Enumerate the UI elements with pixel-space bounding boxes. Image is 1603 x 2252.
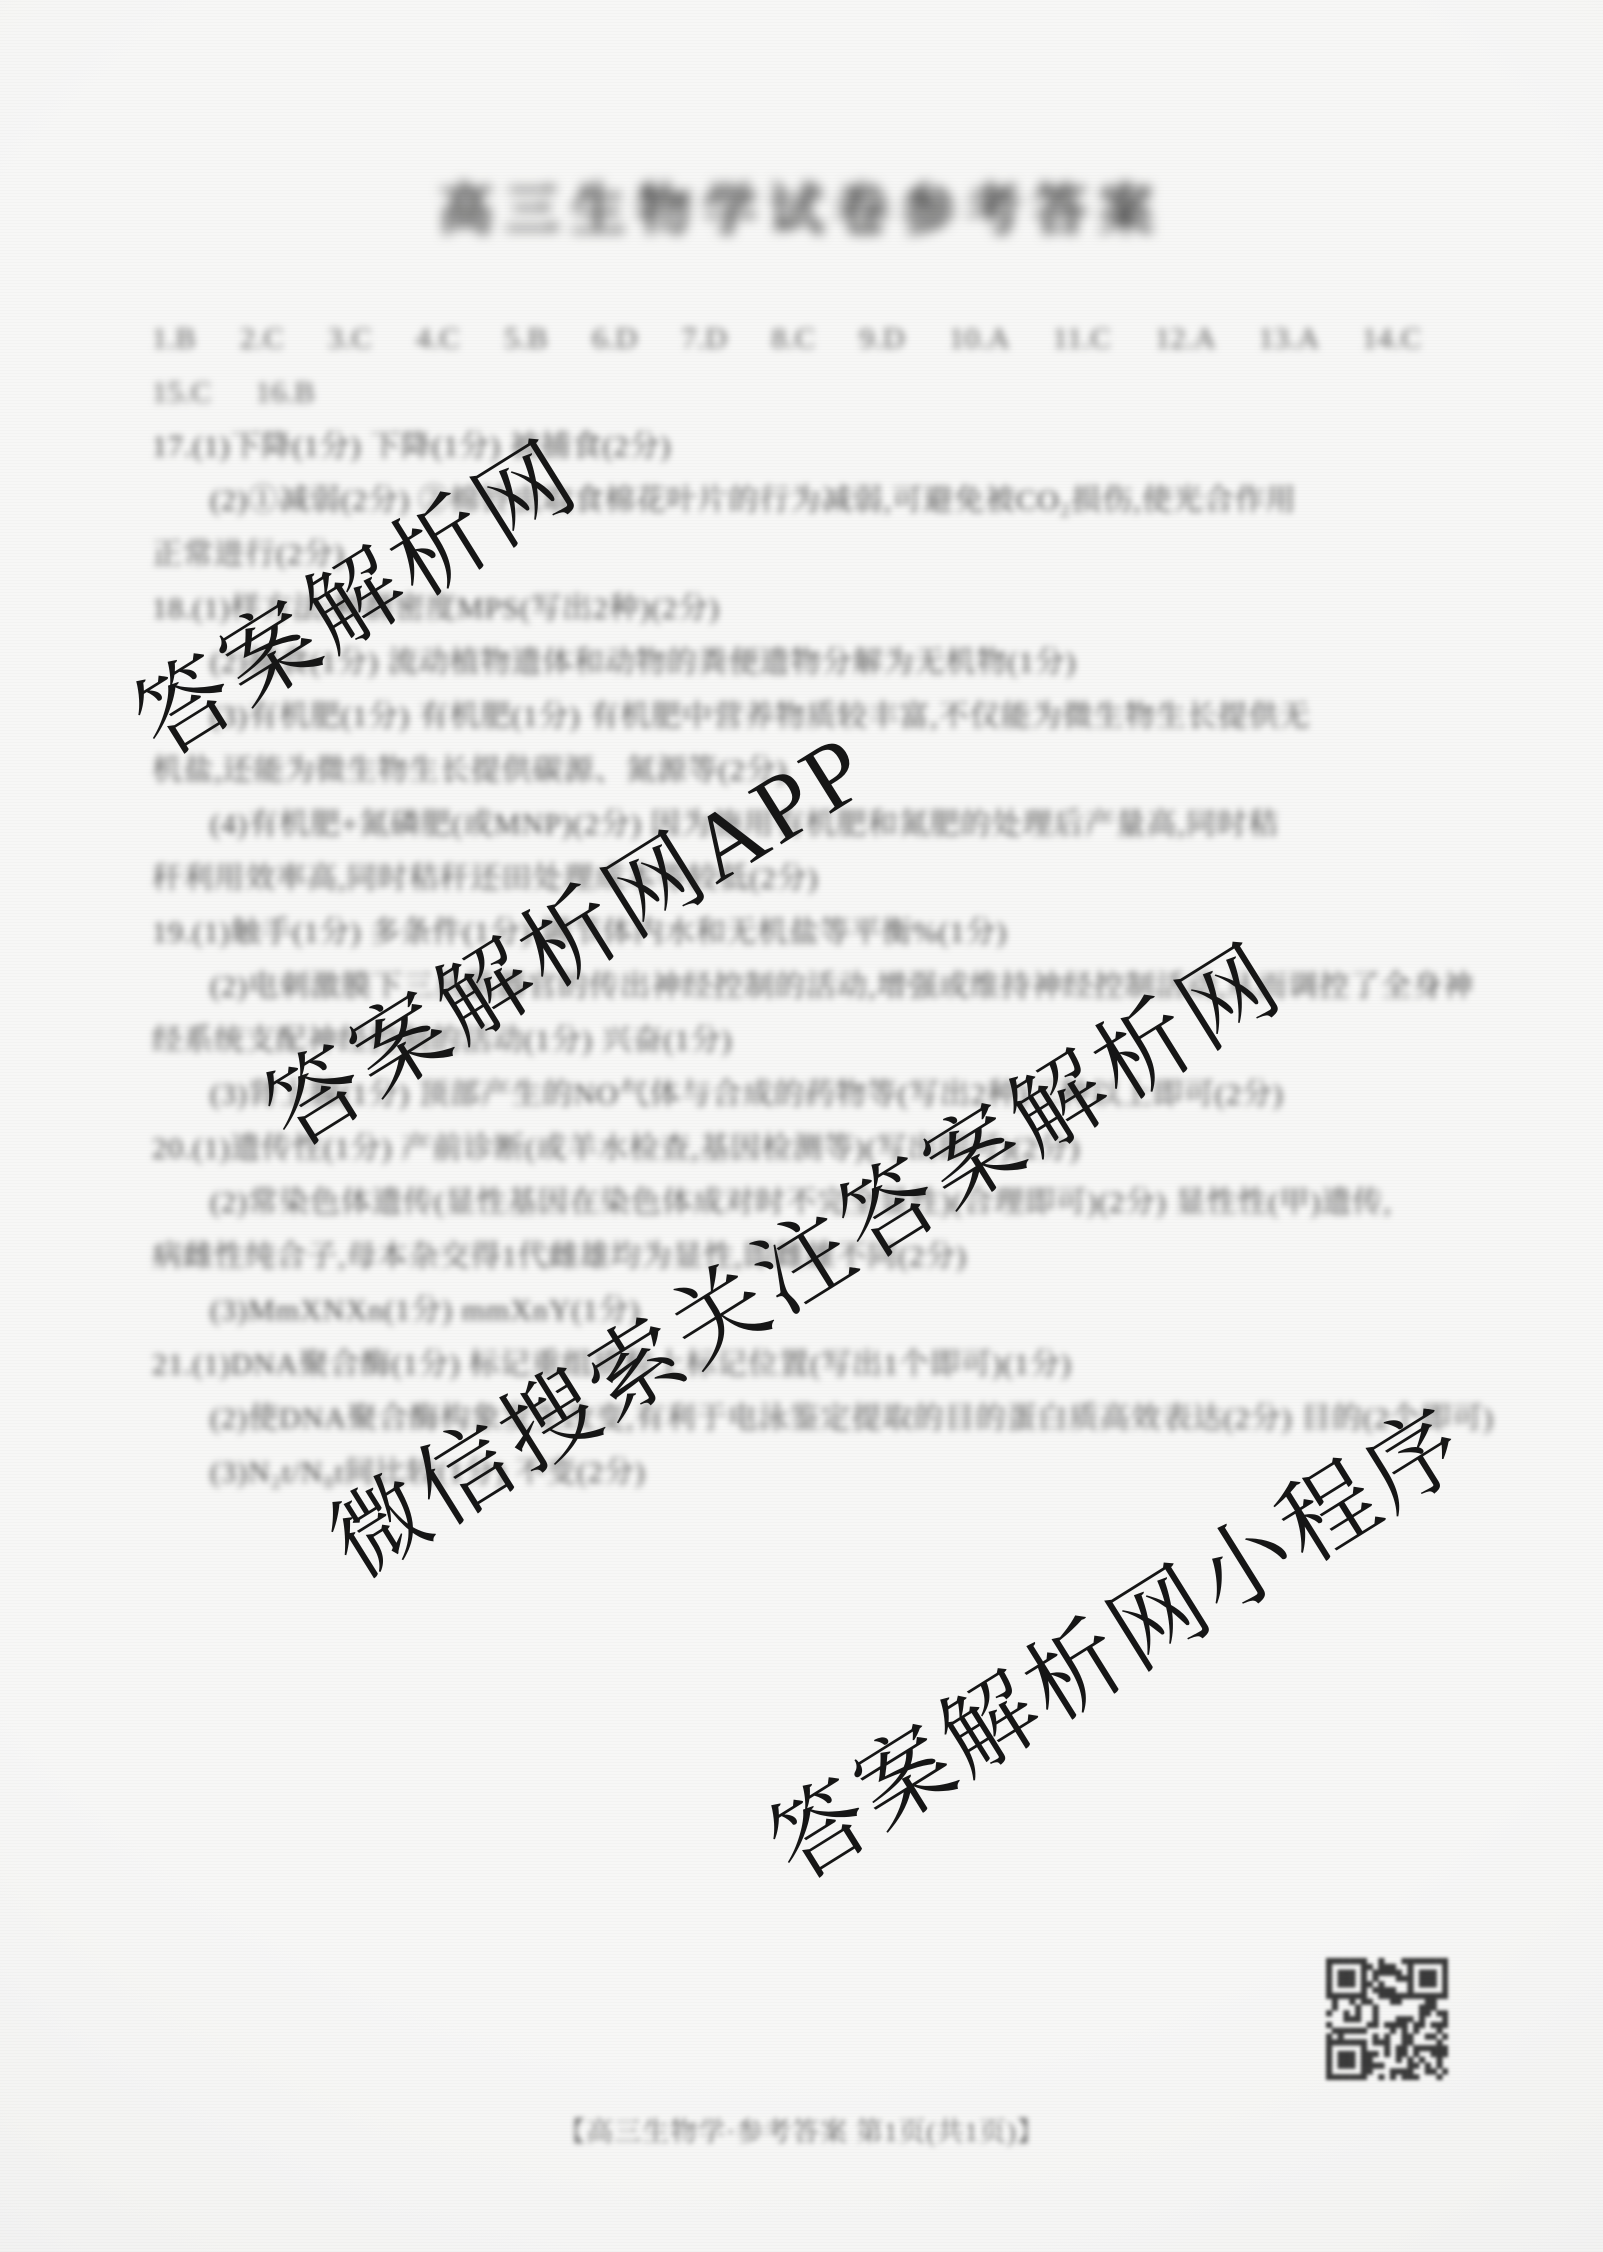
page-title: 高三生物学试卷参考答案 (0, 166, 1603, 245)
q21-answer-line-1: 21.(1)DNA聚合酶(1分) 标记重组质粒上标记位置(写出1个即可)(1分) (152, 1338, 1468, 1392)
q19-answer-line-1: 19.(1)触手(1分) 多条件(1分) 调节体内水和无机盐等平衡%(1分) (152, 906, 1468, 960)
document-page: 高三生物学试卷参考答案 1.B 2.C 3.C 4.C 5.B 6.D 7.D … (0, 0, 1603, 2252)
choice-answers-row-2: 15.C 16.B (152, 366, 1468, 420)
q17-answer-line-1: 17.(1)下降(1分) 下降(1分) 被捕食(2分) (152, 420, 1468, 474)
q18-answer-line-6: 秆利用效率高,同时秸秆还田处理成本等较低(2分) (152, 852, 1468, 906)
q21-answer-line-2: (2)使DNA聚合酶构象发生改变,有利于电泳鉴定提取的目的蛋白质高效表达(2分)… (152, 1392, 1468, 1446)
qr-code (1326, 1958, 1448, 2080)
choice-answers-row-1: 1.B 2.C 3.C 4.C 5.B 6.D 7.D 8.C 9.D 10.A… (152, 312, 1468, 366)
q17-answer-line-2: (2)①减弱(2分) ②棉铃虫取食棉花叶片的行为减弱,可避免被CO₂损伤,使光合… (152, 474, 1468, 528)
page-footer: 【高三生物学·参考答案 第1页(共1页)】 (0, 2110, 1603, 2149)
